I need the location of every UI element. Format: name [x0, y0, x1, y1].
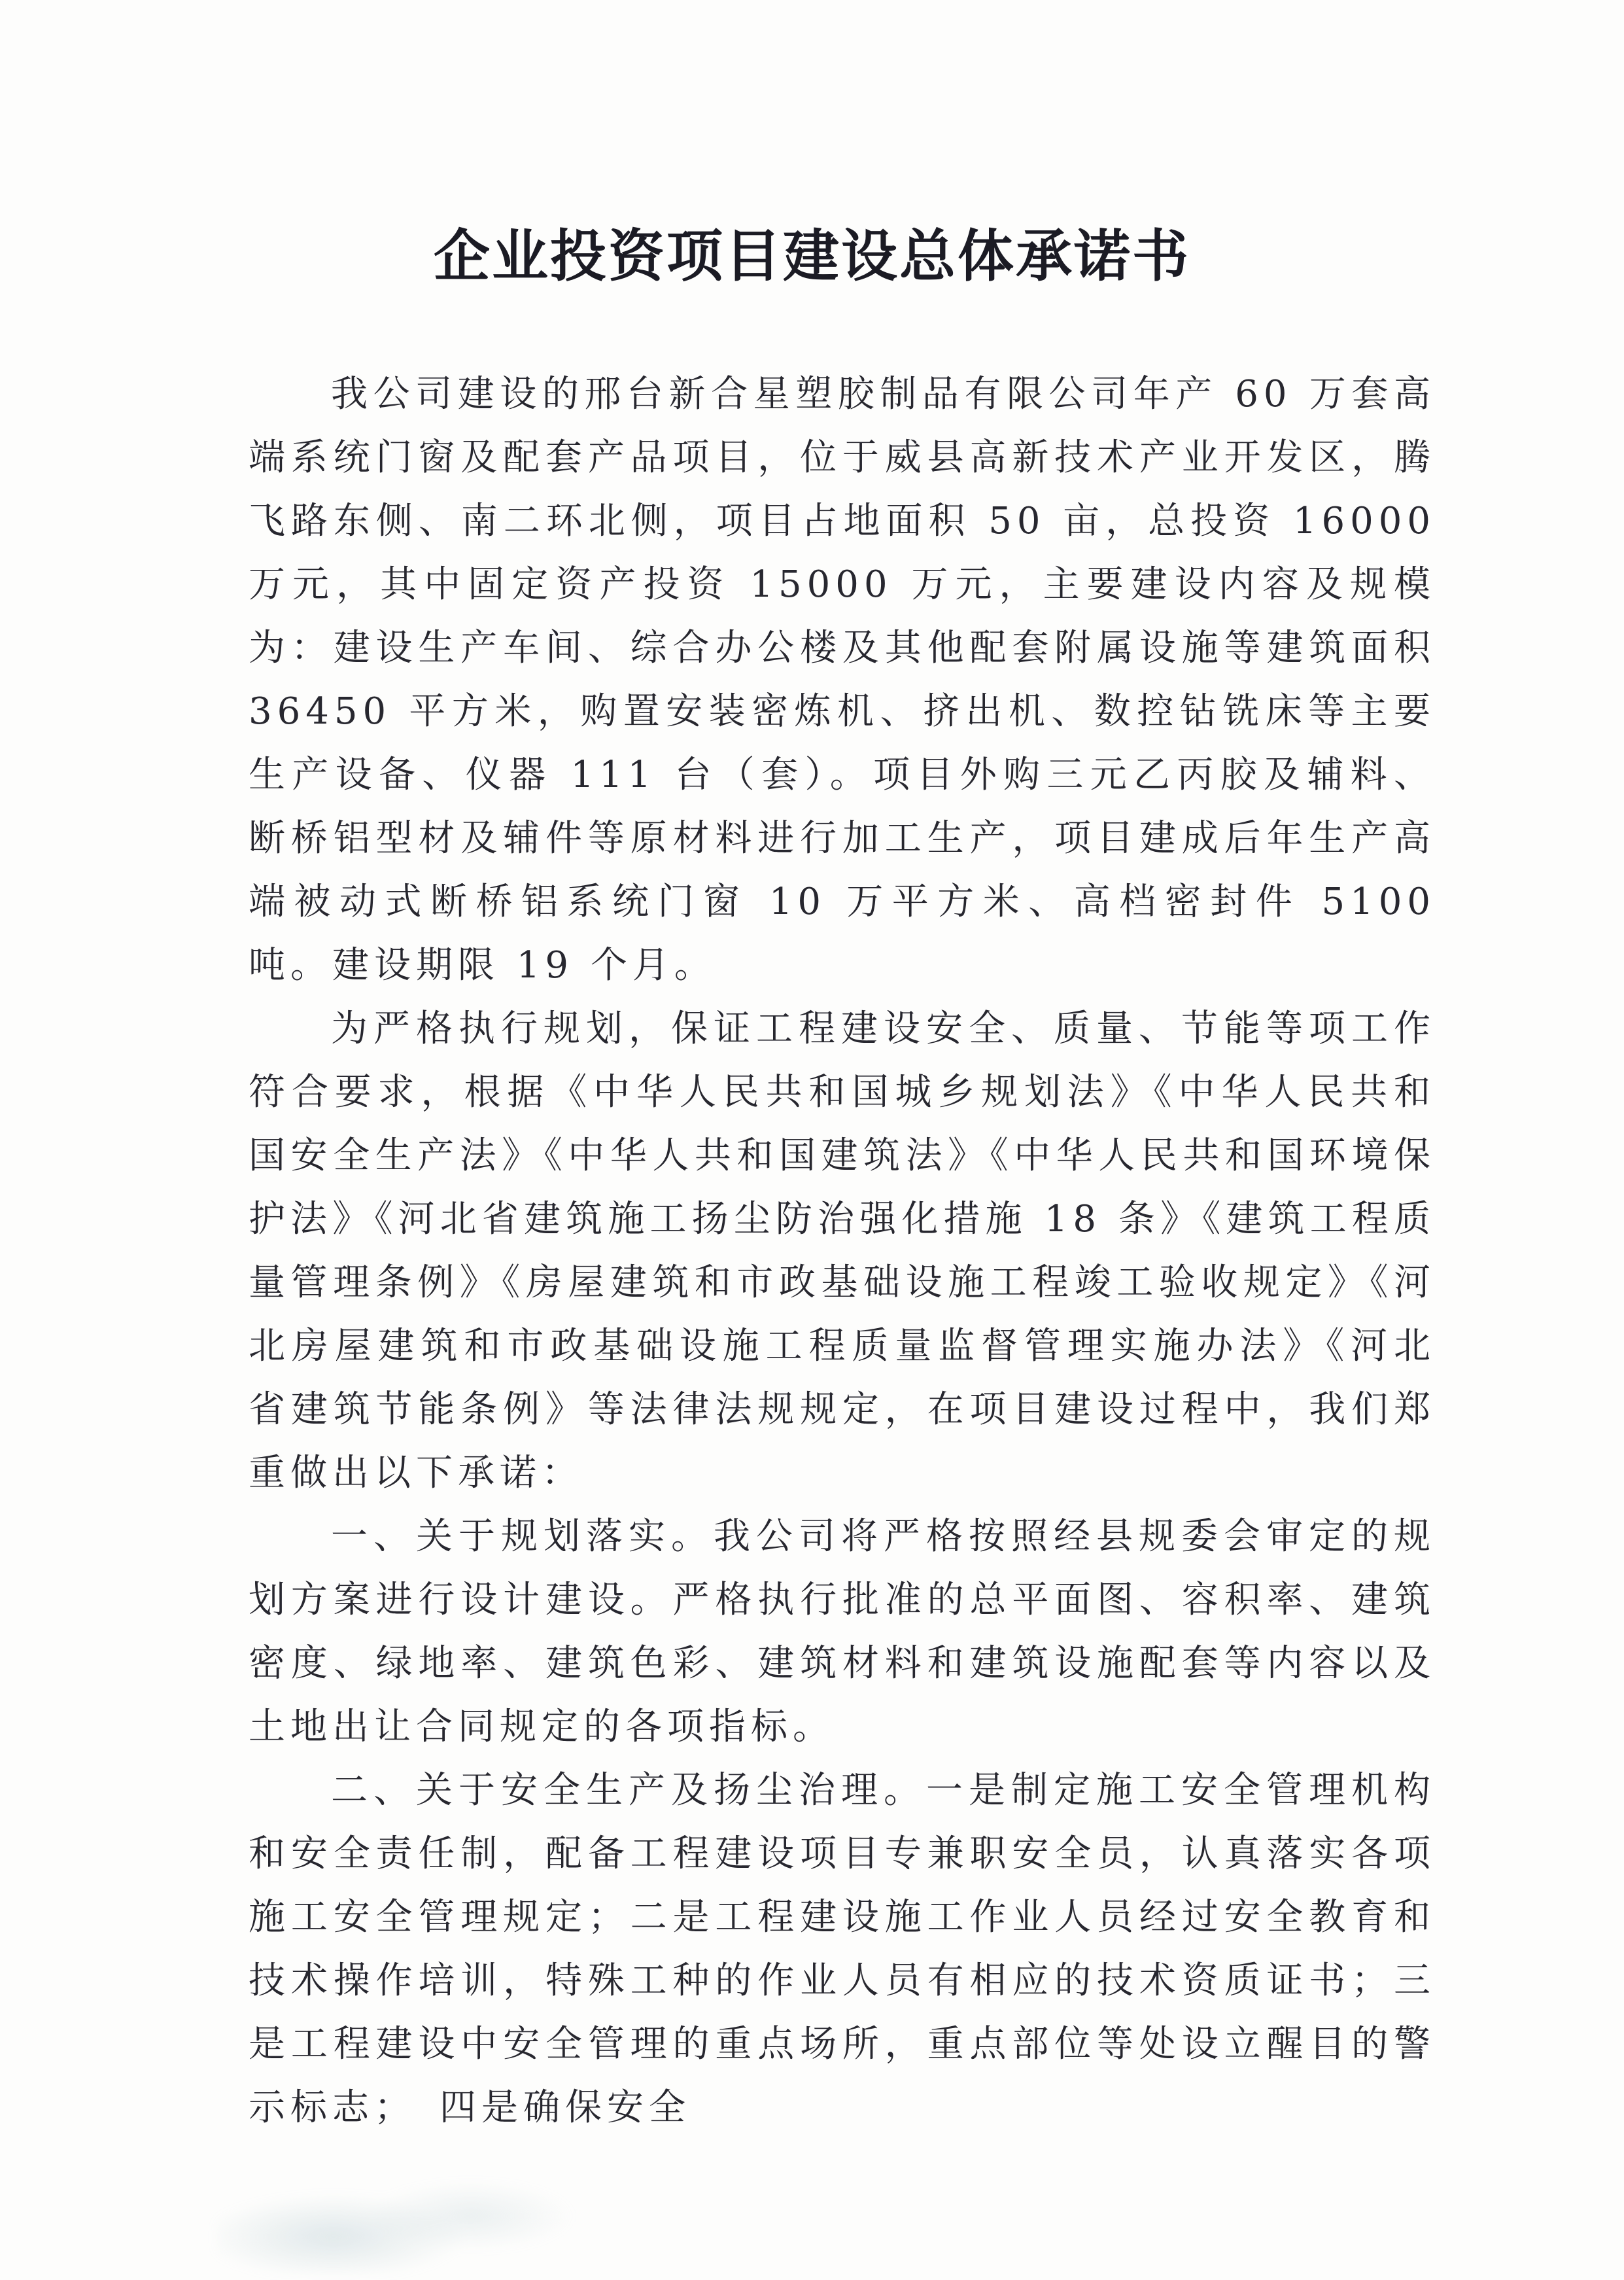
paragraph-project-overview: 我公司建设的邢台新合星塑胶制品有限公司年产 60 万套高端系统门窗及配套产品项目…	[249, 362, 1436, 997]
document-page: 企业投资项目建设总体承诺书 我公司建设的邢台新合星塑胶制品有限公司年产 60 万…	[0, 0, 1624, 2280]
document-body: 我公司建设的邢台新合星塑胶制品有限公司年产 60 万套高端系统门窗及配套产品项目…	[249, 362, 1436, 2139]
scan-smudge	[216, 2169, 608, 2273]
paragraph-commitment-1-planning: 一、关于规划落实。我公司将严格按照经县规委会审定的规划方案进行设计建设。严格执行…	[249, 1505, 1436, 1759]
paragraph-commitment-2-safety: 二、关于安全生产及扬尘治理。一是制定施工安全管理机构和安全责任制，配备工程建设项…	[249, 1759, 1436, 2139]
document-title: 企业投资项目建设总体承诺书	[0, 0, 1624, 292]
paragraph-legal-basis: 为严格执行规划，保证工程建设安全、质量、节能等项工作符合要求，根据《中华人民共和…	[249, 997, 1436, 1505]
